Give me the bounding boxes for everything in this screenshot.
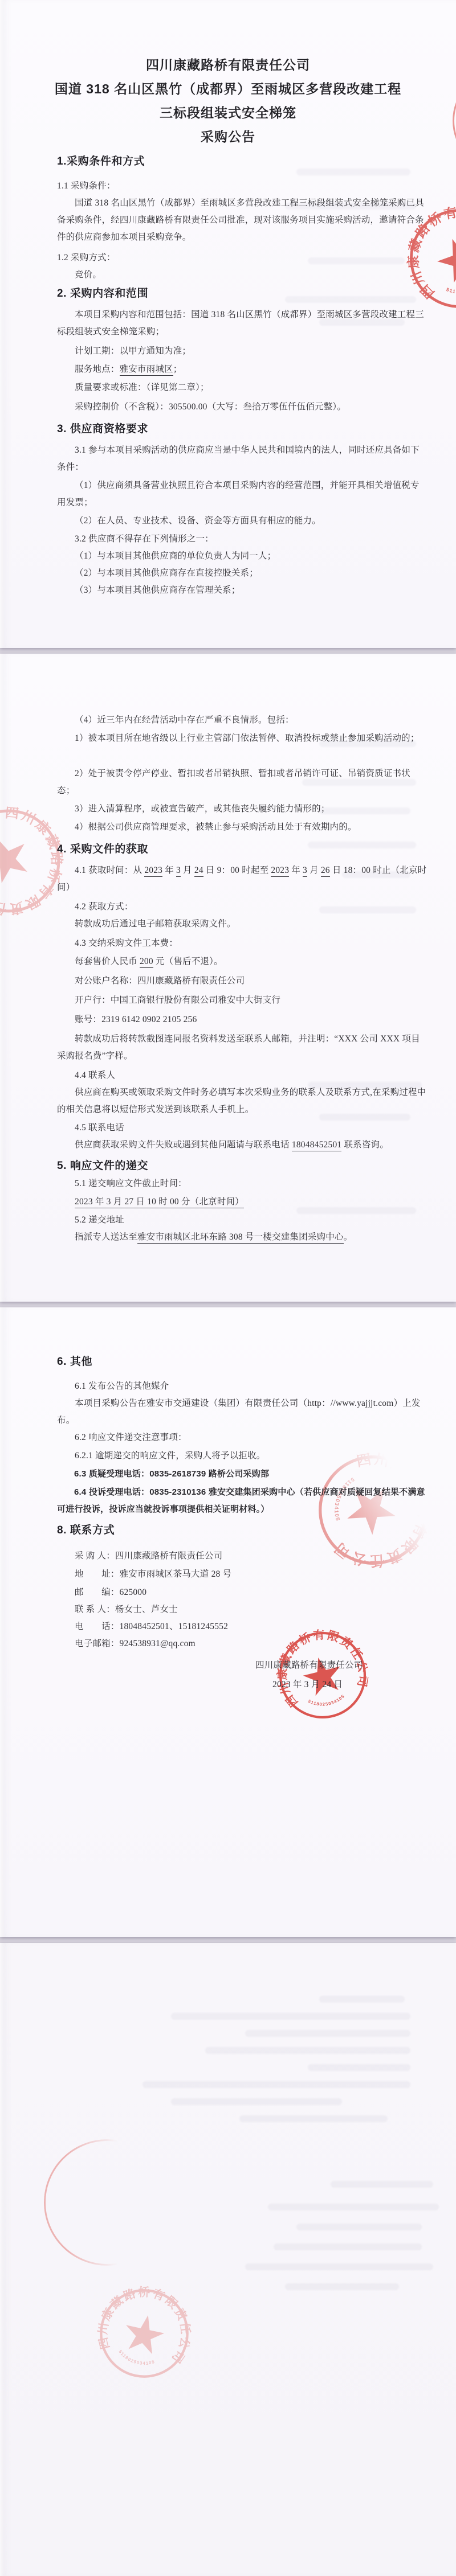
doc-title-project: 国道 318 名山区黑竹（成都界）至雨城区多营段改建工程 (0, 81, 456, 97)
heading-8: 8. 联系方式 (57, 1524, 427, 1537)
text-line-3-11: 联 系 人：杨女士、芦女士 (57, 1601, 427, 1618)
heading-6: 6. 其他 (57, 1355, 427, 1369)
text-line-2-7: 4.2 获取方式： (57, 899, 427, 916)
heading-1: 1.采购条件和方式 (57, 155, 427, 169)
bleed-through-artifact (296, 2224, 422, 2230)
text-line-1-10: 本项目采购内容和范围包括：国道 318 名山区黑竹（成都界）至雨城区多营段改建工… (57, 306, 427, 341)
scanned-procurement-announcement: 四川康藏路桥有限责任公司国道 318 名山区黑竹（成都界）至雨城区多营段改建工程… (0, 0, 456, 2576)
text-line-2-11: 对公账户名称：四川康藏路桥有限责任公司 (57, 973, 427, 990)
text-line-2-9: 4.3 交纳采购文件工本费： (57, 935, 427, 952)
text-line-2-13: 账号：2319 6142 0902 2105 256 (57, 1011, 427, 1028)
bleed-through-artifact (308, 2064, 410, 2071)
text-line-3-1: 6.1 发布公告的其他媒介 (57, 1378, 427, 1395)
heading-3: 3. 供应商资格要求 (57, 423, 427, 436)
text-line-2-0: （4）近三年内在经营活动中存在严重不良情形。包括： (57, 712, 427, 729)
text-line-3-3: 6.2 响应文件递交注意事项： (57, 1429, 427, 1446)
text-line-1-5: 1.1 采购条件： (57, 178, 427, 195)
text-line-2-2: 2）处于被责令停产停业、暂扣或者吊销执照、暂扣或者吊销许可证、吊销资质证书状态； (57, 765, 427, 799)
text-line-3-9: 地 址：雅安市雨城区茶马大道 28 号 (57, 1566, 427, 1583)
bleed-through-artifact (245, 2030, 410, 2037)
bleed-through-artifact (274, 2243, 422, 2250)
text-line-2-21: 2023 年 3 月 27 日 10 时 00 分（北京时间） (57, 1193, 427, 1211)
company-seal-stamp-faint-icon (86, 2275, 202, 2392)
bleed-through-artifact (171, 2013, 410, 2020)
text-line-2-8: 转款成功后通过电子邮箱获取采购文件。 (57, 916, 427, 933)
bleed-through-artifact (285, 2283, 399, 2290)
text-line-2-1: 1）被本项目所在地省级以上行业主管部门依法暂停、取消投标或禁止参加采购活动的； (57, 730, 427, 747)
text-line-1-19: 3.2 供应商不得存在下列情形之一： (57, 531, 427, 548)
text-line-2-23: 指派专人送达至雅安市雨城区北环东路 308 号一楼交建集团采购中心。 (57, 1229, 427, 1246)
bleed-through-artifact (268, 2204, 439, 2210)
text-line-1-21: （2）与本项目其他供应商存在直接控股关系； (57, 565, 427, 582)
bleed-through-artifact (331, 2181, 433, 2188)
bleed-through-artifact (239, 2115, 388, 2122)
text-line-2-15: 4.4 联系人 (57, 1067, 427, 1084)
text-line-1-6: 国道 318 名山区黑竹（成都界）至雨城区多营段改建工程三标段组装式安全梯笼采购… (57, 195, 427, 246)
text-line-3-13: 电子邮箱：924538931@qq.com (57, 1635, 427, 1652)
doc-title-company: 四川康藏路桥有限责任公司 (0, 57, 456, 73)
text-line-2-16: 供应商在购买或领取采购文件时务必填写本次采购业务的联系人及联系方式,在采购过程中… (57, 1084, 427, 1118)
heading-2: 2. 采购内容和范围 (57, 287, 427, 301)
text-line-1-22: （3）与本项目其他供应商存在管理关系； (57, 582, 427, 599)
text-line-3-5: 6.3 质疑受理电话：0835-2618739 路桥公司采购部 (57, 1466, 427, 1483)
text-line-3-10: 邮 编：625000 (57, 1584, 427, 1601)
heading-4: 4. 采购文件的获取 (57, 843, 427, 856)
text-line-2-10: 每套售价人民币 200 元（售后不退）。 (57, 953, 427, 970)
text-line-2-18: 供应商获取采购文件失败或遇到其他问题请与联系电话 18048452501 联系咨… (57, 1137, 427, 1154)
page-3: 6. 其他6.1 发布公告的其他媒介本项目采购公告在雅安市交通建设（集团）有限责… (0, 1307, 456, 1937)
text-line-2-4: 4）根据公司供应商管理要求，被禁止参与采购活动且处于有效期内的。 (57, 819, 427, 836)
text-line-1-18: （2）在人员、专业技术、设备、资金等方面具有相应的能力。 (57, 512, 427, 530)
text-line-1-8: 竞价。 (57, 266, 427, 284)
text-line-1-20: （1）与本项目其他供应商的单位负责人为同一人； (57, 548, 427, 565)
signature-date: 2023 年 3 月 24 日 (272, 1676, 343, 1693)
text-line-1-11: 计划工期：以甲方通知为准； (57, 343, 427, 360)
bleed-through-artifact (171, 2098, 342, 2105)
text-line-3-4: 6.2.1 逾期递交的响应文件，采购人将予以拒收。 (57, 1447, 427, 1465)
page-4 (0, 1943, 456, 2576)
text-line-2-22: 5.2 递交地址 (57, 1212, 427, 1229)
bleed-through-artifact (319, 1996, 405, 2003)
text-line-3-2: 本项目采购公告在雅安市交通建设（集团）有限责任公司（http：//www.yaj… (57, 1395, 427, 1429)
company-seal-stamp-partial-icon (44, 2139, 170, 2266)
text-line-3-8: 采 购 人：四川康藏路桥有限责任公司 (57, 1548, 427, 1565)
doc-title-type: 采购公告 (0, 129, 456, 145)
text-line-2-3: 3）进入清算程序，或被宣告破产，或其他丧失履约能力情形的； (57, 801, 427, 818)
text-line-2-20: 5.1 递交响应文件截止时间： (57, 1175, 427, 1192)
doc-title-section: 三标段组装式安全梯笼 (0, 105, 456, 121)
text-line-2-12: 开户行：中国工商银行股份有限公司雅安中大街支行 (57, 992, 427, 1009)
page-2: （4）近三年内在经营活动中存在严重不良情形。包括：1）被本项目所在地省级以上行业… (0, 654, 456, 1302)
signature-company: 四川康藏路桥有限责任公司 (255, 1657, 363, 1674)
text-line-2-6: 4.1 获取时间：从 2023 年 3 月 24 日 9：00 时起至 2023… (57, 862, 427, 896)
text-line-1-16: 3.1 参与本项目采购活动的供应商应当是中华人民共和国境内的法人，同时还应具备如… (57, 442, 427, 476)
text-line-2-17: 4.5 联系电话 (57, 1119, 427, 1137)
text-line-1-17: （1）供应商须具备营业执照且符合本项目采购内容的经营范围，并能开具相关增值税专用… (57, 477, 427, 511)
heading-5: 5. 响应文件的递交 (57, 1159, 427, 1173)
text-line-1-13: 质量要求或标准：（详见第二章）； (57, 379, 427, 396)
text-line-1-14: 采购控制价（不含税）：305500.00（大写：叁拾万零伍仟伍佰元整）。 (57, 399, 427, 416)
page-1: 四川康藏路桥有限责任公司国道 318 名山区黑竹（成都界）至雨城区多营段改建工程… (0, 0, 456, 648)
bleed-through-artifact (245, 2263, 433, 2270)
bleed-through-artifact (296, 169, 410, 175)
text-line-1-7: 1.2 采购方式： (57, 249, 427, 266)
text-line-3-6: 6.4 投诉受理电话：0835-2310136 雅安交建集团采购中心（若供应商对… (57, 1484, 427, 1518)
text-line-2-14: 转款成功后将转款截图连同报名资料发送至联系人邮箱，并注明：“XXX 公司 XXX… (57, 1031, 427, 1065)
text-line-3-12: 电 话：18048452501、15181245552 (57, 1618, 427, 1635)
text-line-1-12: 服务地点：雅安市雨城区； (57, 361, 427, 378)
bleed-through-artifact (205, 2047, 410, 2054)
bleed-through-artifact (142, 2081, 410, 2088)
